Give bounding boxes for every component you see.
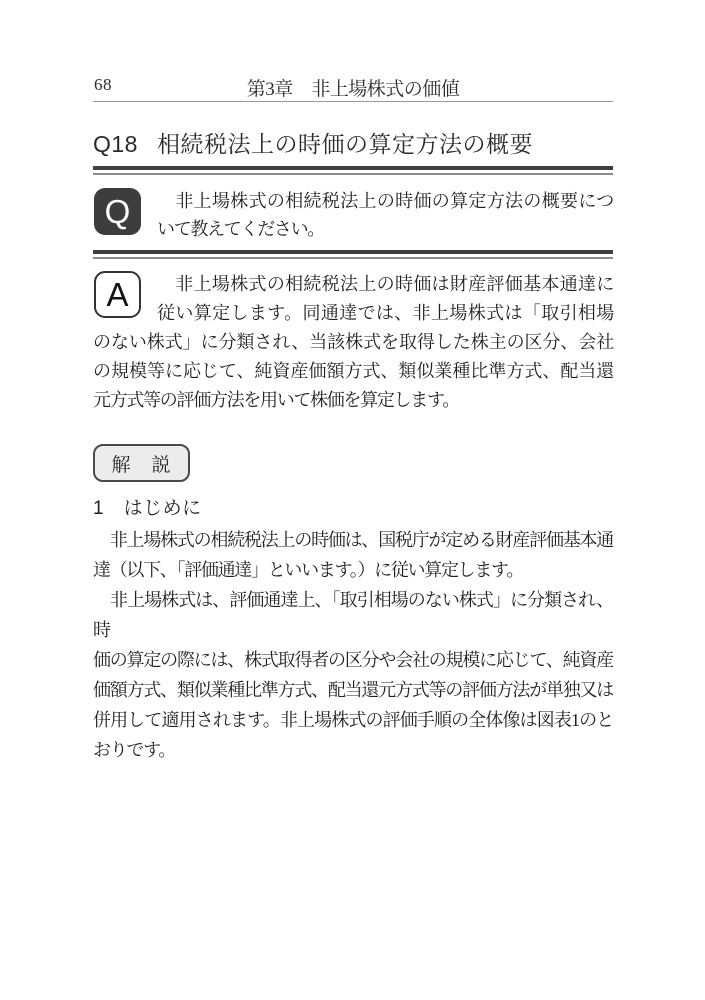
- rule-thin-line: [93, 173, 613, 175]
- book-page: 68 第3章 非上場株式の価値 Q18 相続税法上の時価の算定方法の概要 Q 非…: [0, 0, 705, 1000]
- q-icon: Q: [94, 188, 141, 235]
- explanation-paragraph-2: 非上場株式は、評価通達上、「取引相場のない株式」に分類され、時 価の算定の際には…: [93, 585, 613, 765]
- paragraph-text-line: 非上場株式の相続税法上の時価は、国税庁が定める財産評価基本通: [93, 525, 613, 555]
- question-text-line: いて教えてください。: [93, 215, 613, 243]
- double-rule-top: [93, 166, 613, 175]
- question-block: Q 非上場株式の相続税法上の時価の算定方法の概要につ いて教えてください。: [93, 187, 613, 243]
- a-icon: A: [94, 271, 141, 318]
- answer-text-line: 非上場株式の相続税法上の時価は財産評価基本通達に: [93, 270, 613, 299]
- paragraph-text-line: おりです。: [93, 735, 613, 765]
- page-number: 68: [94, 75, 112, 95]
- paragraph-text-line: 達（以下、「評価通達」といいます。）に従い算定します。: [93, 555, 613, 585]
- kaisetsu-badge: 解 説: [93, 444, 190, 482]
- question-text-line: 非上場株式の相続税法上の時価の算定方法の概要につ: [93, 187, 613, 215]
- rule-thin-line: [93, 257, 613, 259]
- paragraph-text-line: 価の算定の際には、株式取得者の区分や会社の規模に応じて、純資産: [93, 645, 613, 675]
- explanation-paragraph-1: 非上場株式の相続税法上の時価は、国税庁が定める財産評価基本通 達（以下、「評価通…: [93, 525, 613, 585]
- paragraph-text-line: 非上場株式は、評価通達上、「取引相場のない株式」に分類され、時: [93, 585, 613, 645]
- paragraph-text-line: 併用して適用されます。非上場株式の評価手順の全体像は図表1のと: [93, 705, 613, 735]
- question-number: Q18: [93, 130, 138, 158]
- answer-text-line: の規模等に応じて、純資産価額方式、類似業種比準方式、配当還: [93, 357, 613, 386]
- running-head: 68 第3章 非上場株式の価値: [93, 74, 613, 94]
- double-rule-bottom: [93, 250, 613, 259]
- answer-text-line: 元方式等の評価方法を用いて株価を算定します。: [93, 386, 613, 415]
- answer-text-line: のない株式」に分類され、当該株式を取得した株主の区分、会社: [93, 328, 613, 357]
- paragraph-text-line: 価額方式、類似業種比準方式、配当還元方式等の評価方法が単独又は: [93, 675, 613, 705]
- answer-block: A 非上場株式の相続税法上の時価は財産評価基本通達に 従い算定します。同通達では…: [93, 270, 613, 415]
- section-heading: 1 はじめに: [93, 498, 613, 520]
- question-title-text: 相続税法上の時価の算定方法の概要: [157, 130, 533, 158]
- chapter-title: 第3章 非上場株式の価値: [93, 74, 613, 101]
- page-content: 68 第3章 非上場株式の価値 Q18 相続税法上の時価の算定方法の概要 Q 非…: [93, 74, 613, 765]
- answer-text-line: 従い算定します。同通達では、非上場株式は「取引相場: [93, 299, 613, 328]
- header-rule: [93, 101, 613, 102]
- question-title: Q18 相続税法上の時価の算定方法の概要: [93, 130, 613, 158]
